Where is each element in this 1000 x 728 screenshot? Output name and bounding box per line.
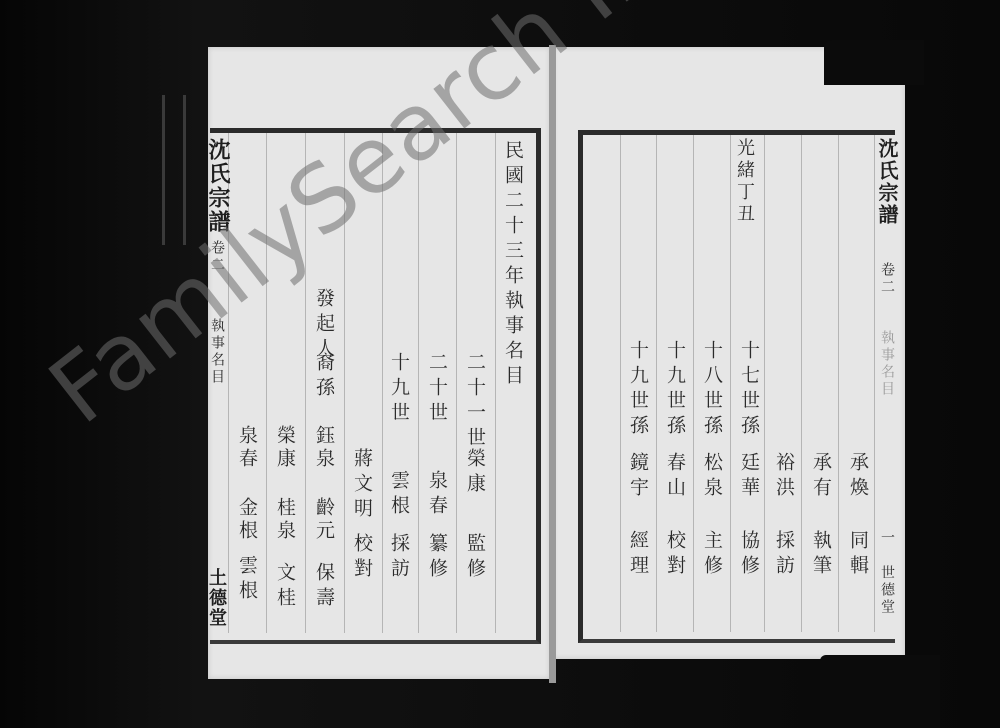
left-page-frame [210, 128, 541, 644]
column-rule [801, 135, 802, 632]
right-role-4: 協修 [739, 530, 758, 580]
column-rule [495, 133, 496, 633]
left-role-4: 校對 [352, 533, 371, 583]
left-names-2: 泉春 [427, 470, 446, 520]
left-role-2: 纂修 [427, 533, 446, 583]
right-role-7: 經理 [628, 530, 647, 580]
right-margin-hall: 世德堂 [880, 565, 894, 616]
right-margin-book-title: 沈氏宗譜 [877, 138, 897, 226]
column-rule [418, 133, 419, 633]
left-role-1: 監修 [465, 533, 484, 583]
left-generation-5: 裔孫 [314, 352, 333, 402]
left-margin-hall: 土德堂 [207, 568, 225, 628]
column-rule [838, 135, 839, 632]
left-role-6: 文桂 [275, 562, 294, 612]
right-role-3: 採訪 [774, 530, 793, 580]
right-names-5: 松泉 [702, 452, 721, 502]
left-names-3: 雲根 [389, 470, 408, 520]
right-names-1: 承煥 [848, 452, 867, 502]
right-role-6: 校對 [665, 530, 684, 580]
right-generation-6: 十九世孫 [665, 340, 684, 440]
right-generation-4: 十七世孫 [739, 340, 758, 440]
column-rule [693, 135, 694, 632]
right-role-2: 執筆 [811, 530, 830, 580]
left-role-7: 雲根 [237, 555, 256, 605]
left-role-3: 採訪 [389, 533, 408, 583]
column-rule [456, 133, 457, 633]
right-names-2: 承有 [811, 452, 830, 502]
column-rule [305, 133, 306, 633]
left-names-6: 榮康 桂泉 [275, 425, 294, 543]
left-names-7: 泉春 金根 [237, 425, 256, 543]
left-margin-book-title: 沈氏宗譜 [207, 138, 229, 234]
right-margin-section: 執事名目 [880, 330, 894, 398]
left-role-5: 保壽 [314, 562, 333, 612]
right-margin-volume: 卷二 [880, 262, 894, 296]
right-role-1: 同輯 [848, 530, 867, 580]
ghost-spine-mark [162, 95, 165, 245]
clip-shadow-bottom [820, 655, 940, 728]
left-generation-2: 二十世 [427, 352, 446, 427]
book-spine [549, 45, 556, 683]
column-rule [266, 133, 267, 633]
right-names-3: 裕洪 [774, 452, 793, 502]
column-rule [656, 135, 657, 632]
left-generation-3: 十九世 [389, 352, 408, 427]
left-names-4: 蔣文明 [352, 448, 371, 523]
right-role-5: 主修 [702, 530, 721, 580]
right-names-4: 廷華 [739, 452, 758, 502]
column-rule [620, 135, 621, 632]
clip-shadow-top [824, 40, 924, 85]
left-margin-volume: 卷二 [210, 240, 224, 274]
left-names-1: 榮康 [465, 448, 484, 498]
right-names-6: 春山 [665, 452, 684, 502]
right-margin-page-number: 一 [880, 530, 894, 547]
right-heading: 光緒丁丑 [735, 138, 753, 226]
column-rule [730, 135, 731, 632]
left-margin-section: 執事名目 [210, 318, 224, 386]
right-generation-5: 十八世孫 [702, 340, 721, 440]
left-generation-1: 二十一世 [465, 352, 484, 452]
left-names-5: 鈺泉 齡元 [314, 425, 333, 543]
right-names-7: 鏡宇 [628, 452, 647, 502]
column-rule [382, 133, 383, 633]
column-rule [764, 135, 765, 632]
ghost-spine-mark [183, 95, 186, 245]
column-rule [344, 133, 345, 633]
left-heading: 民國二十三年執事名目 [503, 140, 522, 390]
right-generation-7: 十九世孫 [628, 340, 647, 440]
